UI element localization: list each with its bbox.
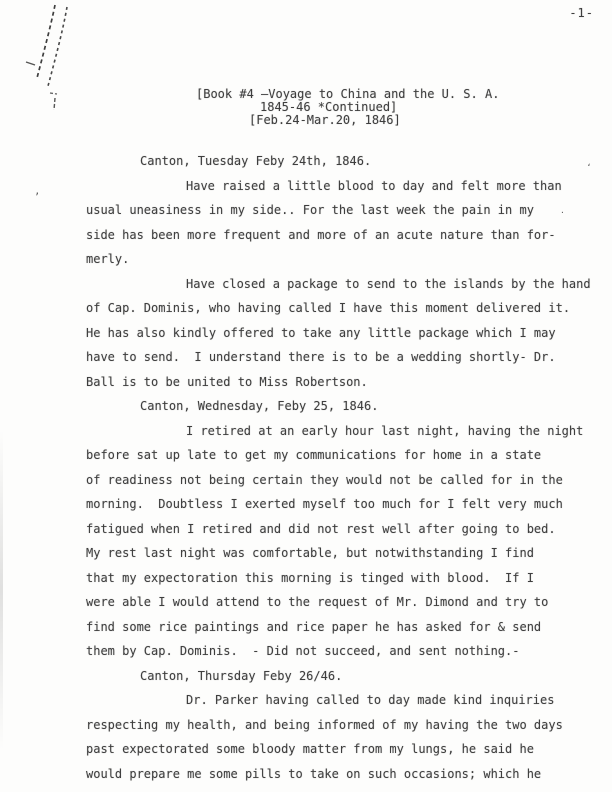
scan-edge-smudge <box>0 430 3 750</box>
text-line: were able I would attend to the request … <box>86 590 586 615</box>
text-line: I retired at an early hour last night, h… <box>86 419 586 444</box>
text-line: Ball is to be united to Miss Robertson. <box>86 370 586 395</box>
text-line: My rest last night was comfortable, but … <box>86 541 586 566</box>
text-line: that my expectoration this morning is ti… <box>86 566 586 591</box>
text-line: merly. <box>86 247 586 272</box>
text-line: usual uneasiness in my side.. For the la… <box>86 198 586 223</box>
scan-speck: ’ <box>34 192 40 203</box>
page-number: -1- <box>569 6 594 20</box>
header-date-range: [Feb.24-Mar.20, 1846] <box>249 114 401 127</box>
text-line: Have raised a little blood to day and fe… <box>86 174 586 199</box>
text-line: morning. Doubtless I exerted myself too … <box>86 492 586 517</box>
text-line: have to send. I understand there is to b… <box>86 345 586 370</box>
text-line: past expectorated some bloody matter fro… <box>86 737 586 762</box>
text-line: Dr. Parker having called to day made kin… <box>86 688 586 713</box>
text-line: fatigued when I retired and did not rest… <box>86 517 586 542</box>
entry-date-line: Canton, Thursday Feby 26/46. <box>86 664 586 689</box>
text-line: find some rice paintings and rice paper … <box>86 615 586 640</box>
document-page: -1- [Book #4 —Voyage to China and the U.… <box>0 0 612 792</box>
entry-date-line: Canton, Tuesday Feby 24th, 1846. <box>86 149 586 174</box>
handwritten-scribble <box>10 0 80 125</box>
text-line: He has also kindly offered to take any l… <box>86 321 586 346</box>
text-line: respecting my health, and being informed… <box>86 713 586 738</box>
entry-date-line: Canton, Wednesday, Feby 25, 1846. <box>86 394 586 419</box>
text-line: before sat up late to get my communicati… <box>86 443 586 468</box>
text-line: of Cap. Dominis, who having called I hav… <box>86 296 586 321</box>
text-line: them by Cap. Dominis. - Did not succeed,… <box>86 639 586 664</box>
text-line: of readiness not being certain they woul… <box>86 468 586 493</box>
scan-speck: ، <box>586 158 592 169</box>
diary-text-block: Canton, Tuesday Feby 24th, 1846. Have ra… <box>86 149 586 786</box>
text-line: Have closed a package to send to the isl… <box>86 272 586 297</box>
scan-speck: . <box>560 206 565 215</box>
text-line: would prepare me some pills to take on s… <box>86 762 586 787</box>
text-line: side has been more frequent and more of … <box>86 223 586 248</box>
